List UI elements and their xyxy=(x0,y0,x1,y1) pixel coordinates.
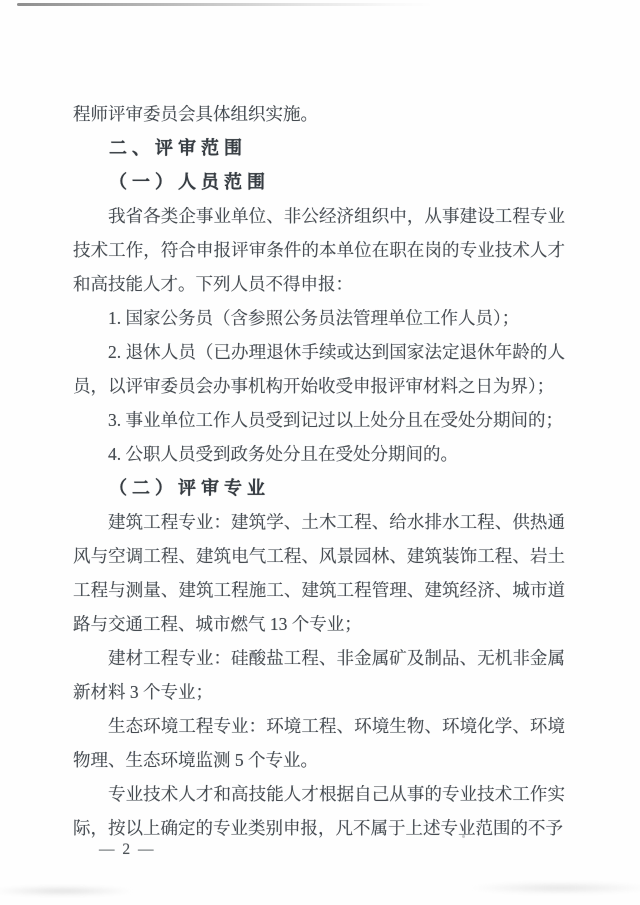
scan-artifact-speck xyxy=(462,835,465,838)
subsection-heading-personnel-scope: （一）人员范围 xyxy=(73,165,565,199)
paragraph-building-material-majors: 建材工程专业：硅酸盐工程、非金属矿及制品、无机非金属新材料 3 个专业； xyxy=(73,641,565,709)
list-item-retirees: 2. 退休人员（已办理退休手续或达到国家法定退休年龄的人员，以评审委员会办事机构… xyxy=(73,335,565,403)
scanned-document-page: 程师评审委员会具体组织实施。 二、评审范围 （一）人员范围 我省各类企事业单位、… xyxy=(0,0,640,905)
subsection-heading-review-majors: （二）评审专业 xyxy=(73,471,565,505)
paragraph-continuation: 程师评审委员会具体组织实施。 xyxy=(73,97,565,131)
scan-artifact-bottom-right xyxy=(468,882,640,894)
section-heading-review-scope: 二、评审范围 xyxy=(73,131,565,165)
paragraph-construction-majors: 建筑工程专业：建筑学、土木工程、给水排水工程、供热通风与空调工程、建筑电气工程、… xyxy=(73,505,565,641)
paragraph-eco-environment-majors: 生态环境工程专业：环境工程、环境生物、环境化学、环境物理、生态环境监测 5 个专… xyxy=(73,709,565,777)
paragraph-application-rule: 专业技术人才和高技能人才根据自己从事的专业技术工作实际，按以上确定的专业类别申报… xyxy=(73,777,565,845)
document-body: 程师评审委员会具体组织实施。 二、评审范围 （一）人员范围 我省各类企事业单位、… xyxy=(73,97,565,845)
page-number: — 2 — xyxy=(99,841,156,859)
scan-artifact-bottom-left xyxy=(0,886,135,896)
paragraph-personnel-intro: 我省各类企事业单位、非公经济组织中，从事建设工程专业技术工作，符合申报评审条件的… xyxy=(73,199,565,301)
list-item-disciplined-staff: 3. 事业单位工作人员受到记过以上处分且在受处分期间的； xyxy=(73,403,565,437)
scan-artifact-top-line xyxy=(17,3,435,6)
list-item-civil-servants: 1. 国家公务员（含参照公务员法管理单位工作人员）； xyxy=(73,301,565,335)
list-item-sanctioned-officials: 4. 公职人员受到政务处分且在受处分期间的。 xyxy=(73,437,565,471)
